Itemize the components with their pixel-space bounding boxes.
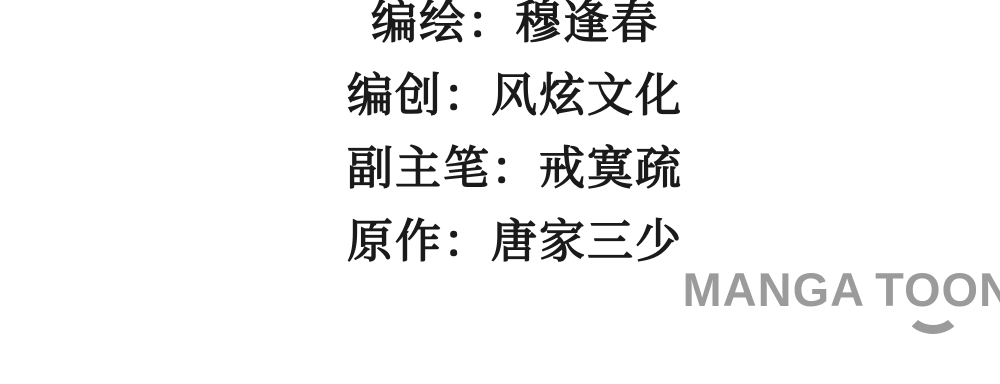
comic-credits-page: 编绘：穆逢春 编创：风炫文化 副主笔：戒寞疏 原作：唐家三少 MANGATOON	[0, 0, 1000, 384]
credits-block: 编绘：穆逢春 编创：风炫文化 副主笔：戒寞疏 原作：唐家三少	[0, 0, 1000, 278]
mangatoon-logo-word-toon: TOON	[875, 263, 1000, 316]
mangatoon-logo-word-manga: MANGA	[683, 263, 866, 316]
credit-line-deputy-artist: 副主笔：戒寞疏	[30, 132, 1000, 205]
credit-line-illustrator: 编绘：穆逢春	[30, 0, 1000, 59]
smile-arc-icon	[904, 310, 962, 334]
mangatoon-logo: MANGATOON	[683, 266, 1000, 313]
credit-line-studio: 编创：风炫文化	[30, 59, 1000, 132]
